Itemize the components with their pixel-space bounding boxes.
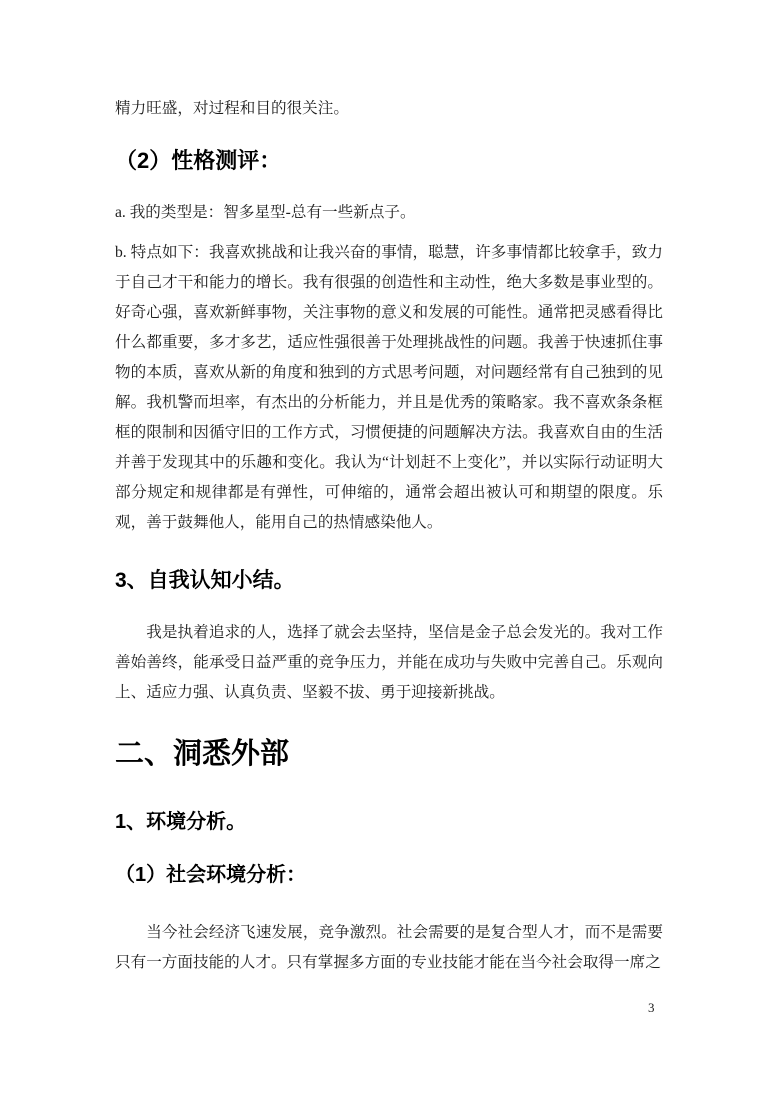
environment-analysis-heading: 1、环境分析。 — [115, 807, 663, 837]
self-summary-heading: 3、自我认知小结。 — [115, 565, 663, 597]
continuation-paragraph: 精力旺盛，对过程和目的很关注。 — [115, 94, 663, 124]
social-environment-heading: （1）社会环境分析： — [115, 860, 663, 890]
traits-item-paragraph: b. 特点如下：我喜欢挑战和让我兴奋的事情，聪慧，许多事情都比较拿手，致力于自己… — [115, 238, 663, 538]
social-environment-paragraph: 当今社会经济飞速发展，竞争激烈。社会需要的是复合型人才，而不是需要只有一方面技能… — [115, 918, 663, 978]
type-item-paragraph: a. 我的类型是：智多星型-总有一些新点子。 — [115, 198, 663, 228]
document-page: 精力旺盛，对过程和目的很关注。 （2）性格测评： a. 我的类型是：智多星型-总… — [0, 0, 774, 1095]
self-summary-paragraph: 我是执着追求的人，选择了就会去坚持，坚信是金子总会发光的。我对工作善始善终，能承… — [115, 618, 663, 708]
personality-test-heading: （2）性格测评： — [115, 146, 663, 176]
page-number: 3 — [648, 1000, 655, 1016]
chapter-heading: 二、洞悉外部 — [115, 734, 663, 774]
